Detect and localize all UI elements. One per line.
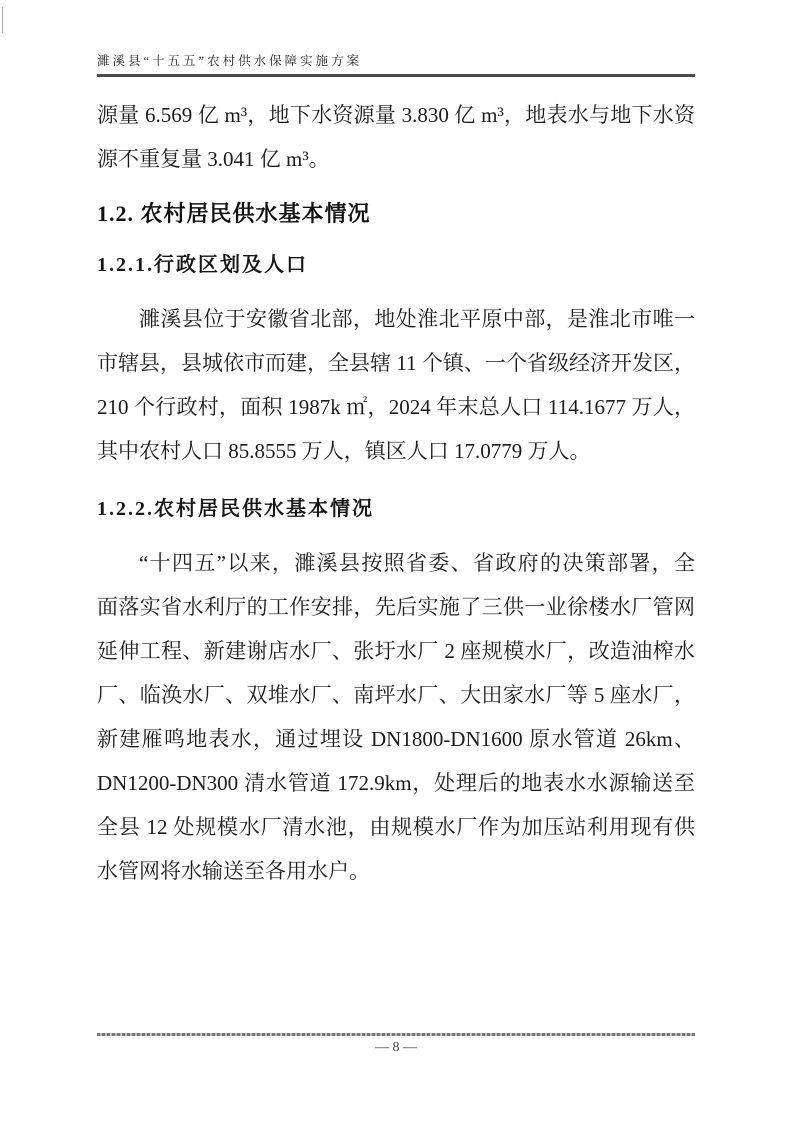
- paragraph-water-resources: 源量 6.569 亿 m³，地下水资源量 3.830 亿 m³，地表水与地下水资…: [97, 93, 695, 181]
- paragraph-line: 水管网将水输送至各用水户。: [97, 849, 695, 893]
- paragraph-line: 210 个行政村，面积 1987k ㎡，2024 年末总人口 114.1677 …: [97, 385, 695, 429]
- page-content: 濉溪县“十五五”农村供水保障实施方案 源量 6.569 亿 m³，地下水资源量 …: [97, 0, 695, 893]
- paragraph-line: 源量 6.569 亿 m³，地下水资源量 3.830 亿 m³，地表水与地下水资: [97, 93, 695, 137]
- paragraph-line: 延伸工程、新建谢店水厂、张圩水厂 2 座规模水厂，改造油榨水: [97, 629, 695, 673]
- paragraph-administrative-divisions: 濉溪县位于安徽省北部，地处淮北平原中部，是淮北市唯一 市辖县，县城依市而建，全县…: [97, 297, 695, 473]
- paragraph-line: 市辖县，县城依市而建，全县辖 11 个镇、一个省级经济开发区，: [97, 341, 695, 385]
- subsection-heading-1-2-1: 1.2.1.行政区划及人口: [97, 251, 695, 279]
- document-page: 濉溪县“十五五”农村供水保障实施方案 源量 6.569 亿 m³，地下水资源量 …: [0, 0, 793, 1122]
- paragraph-water-supply-status: “十四五”以来，濉溪县按照省委、省政府的决策部署，全 面落实省水利厅的工作安排，…: [97, 541, 695, 893]
- paragraph-line: 其中农村人口 85.8555 万人，镇区人口 17.0779 万人。: [97, 429, 695, 473]
- paragraph-line: 源不重复量 3.041 亿 m³。: [97, 137, 695, 181]
- paragraph-line: “十四五”以来，濉溪县按照省委、省政府的决策部署，全: [97, 541, 695, 585]
- paragraph-line: 厂、临涣水厂、双堆水厂、南坪水厂、大田家水厂等 5 座水厂，: [97, 673, 695, 717]
- page-header: 濉溪县“十五五”农村供水保障实施方案: [97, 0, 695, 77]
- paragraph-line: 全县 12 处规模水厂清水池，由规模水厂作为加压站利用现有供: [97, 805, 695, 849]
- page-number: — 8 —: [97, 1038, 695, 1058]
- page-footer: — 8 —: [97, 1033, 695, 1058]
- paragraph-line: 濉溪县位于安徽省北部，地处淮北平原中部，是淮北市唯一: [97, 297, 695, 341]
- page-header-title: 濉溪县“十五五”农村供水保障实施方案: [97, 54, 362, 68]
- paragraph-line: 新建雁鸣地表水，通过埋设 DN1800-DN1600 原水管道 26km、: [97, 717, 695, 761]
- subsection-heading-1-2-2: 1.2.2.农村居民供水基本情况: [97, 495, 695, 523]
- section-heading-1-2: 1.2. 农村居民供水基本情况: [97, 199, 695, 229]
- paragraph-line: 面落实省水利厅的工作安排，先后实施了三供一业徐楼水厂管网: [97, 585, 695, 629]
- paragraph-line: DN1200-DN300 清水管道 172.9km，处理后的地表水水源输送至: [97, 761, 695, 805]
- footer-divider: [97, 1033, 695, 1036]
- scan-edge-artifact: [2, 7, 3, 33]
